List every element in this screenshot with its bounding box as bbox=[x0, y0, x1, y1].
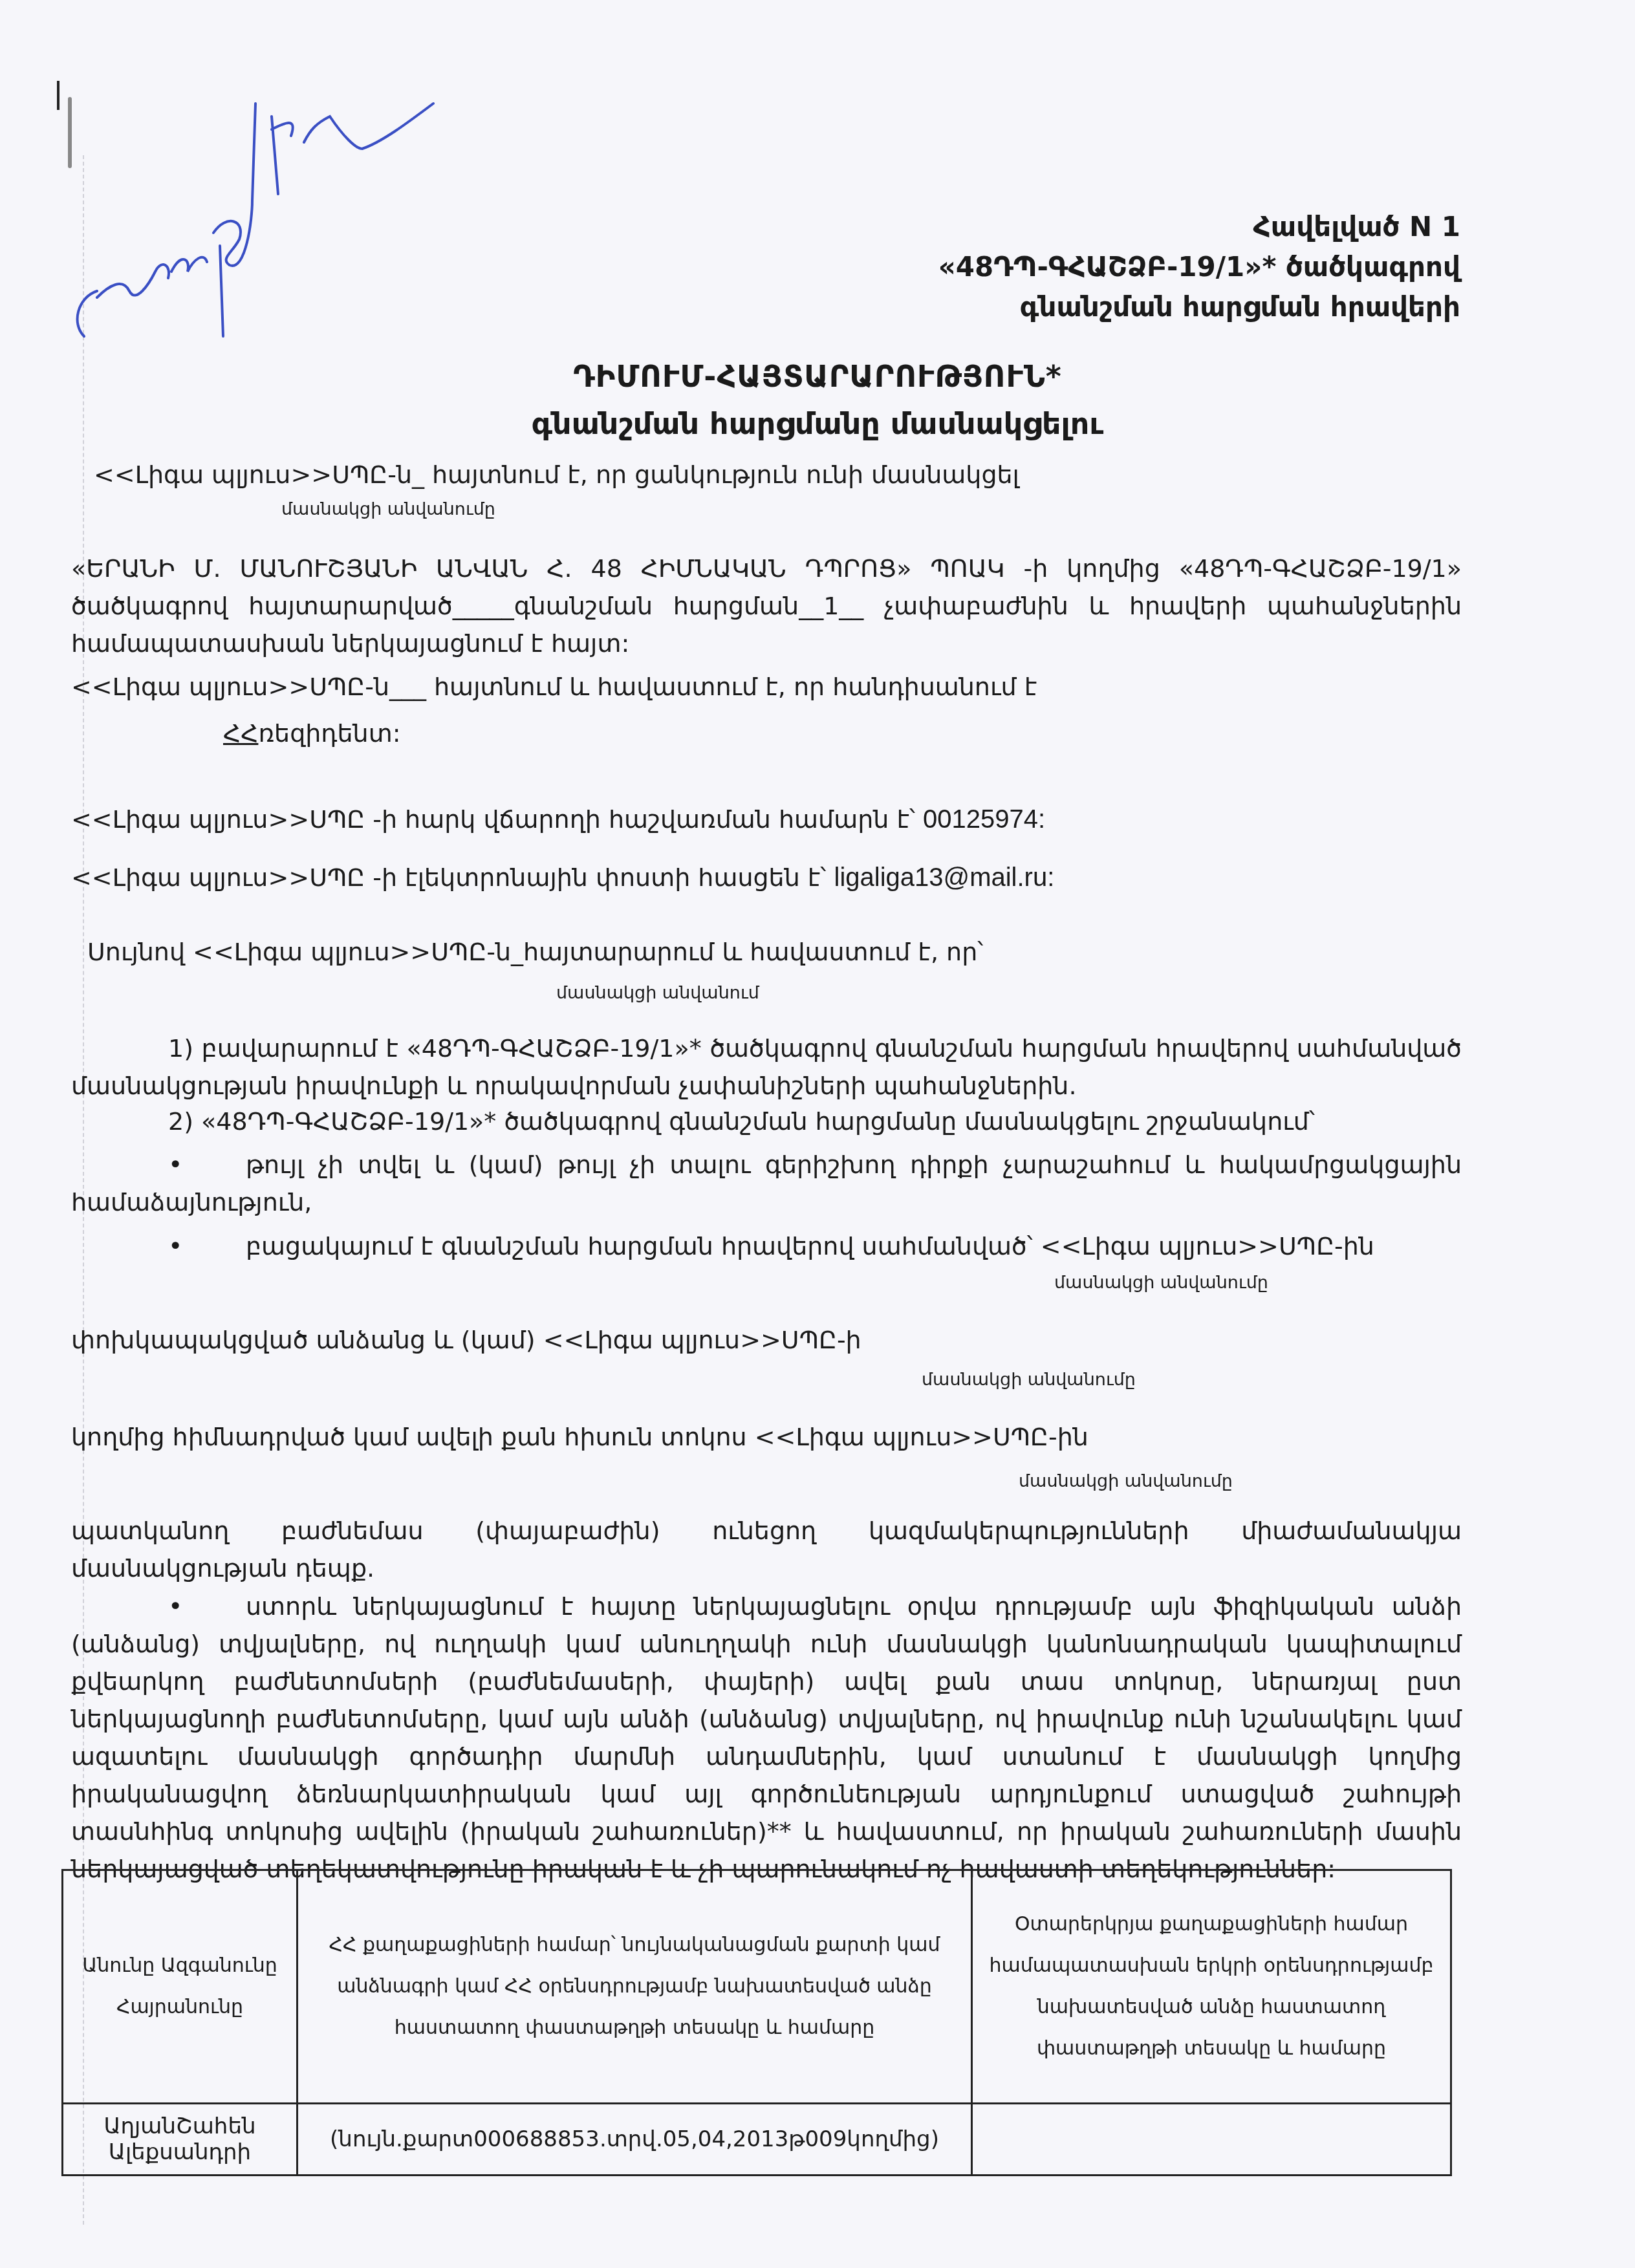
email-value: ligaliga13@mail.ru: bbox=[834, 863, 1055, 892]
table-header-row: Անունը Ազգանունը Հայրանունը ՀՀ քաղաքացին… bbox=[63, 1870, 1451, 2104]
resident-line: ՀՀռեզիդենտ: bbox=[223, 719, 401, 748]
tin-value: 00125974: bbox=[923, 805, 1045, 834]
declaration-line: Սույնով <<Լիգա պլյուս>>ՍՊԸ-ն_հայտարարում… bbox=[87, 938, 983, 966]
bullet-1: •թույլ չի տվել և (կամ) թույլ չի տալու գե… bbox=[71, 1146, 1462, 1221]
document-subtitle: գնանշման հարցմանը մասնակցելու bbox=[0, 406, 1635, 441]
cell-am-citizen-doc: (նույն.քարտ000688853.տրվ.05,04,2013թ009կ… bbox=[298, 2104, 972, 2176]
participant-name-caption: մասնակցի անվանումը bbox=[281, 499, 495, 519]
bullet-icon: • bbox=[71, 1146, 246, 1183]
header-full-name: Անունը Ազգանունը Հայրանունը bbox=[63, 1870, 298, 2104]
appendix-header: Հավելված N 1 «48ԴՊ-ԳՀԱՇՁԲ-19/1»* ծածկագր… bbox=[938, 207, 1460, 327]
item-2: 2) «48ԴՊ-ԳՀԱՇՁԲ-19/1»* ծածկագրով գնանշմա… bbox=[168, 1107, 1315, 1136]
bullet-2: •բացակայում է գնանշման հարցման հրավերով … bbox=[71, 1232, 1374, 1260]
bullet-3: •ստորև ներկայացնում է հայտը ներկայացնելո… bbox=[71, 1588, 1462, 1888]
participant-name-caption: մասնակցի անվանումը bbox=[1054, 1273, 1268, 1293]
appendix-number: Հավելված N 1 bbox=[938, 207, 1460, 247]
participant-name-caption: մասնակցի անվանումը bbox=[922, 1370, 1136, 1390]
bullet-2-cont-3: պատկանող բաժնեմաս (փայաբաժին) ունեցող կա… bbox=[71, 1512, 1462, 1587]
bullet-1-text: թույլ չի տվել և (կամ) թույլ չի տալու գեր… bbox=[71, 1150, 1462, 1216]
confirm-line: <<Լիգա պլյուս>>ՍՊԸ-ն___ հայտնում և հավաս… bbox=[71, 673, 1037, 701]
header-foreign-citizen-doc: Օտարերկրյա քաղաքացիների համար համապատասխ… bbox=[972, 1870, 1451, 2104]
bullet-3-text: ստորև ներկայացնում է հայտը ներկայացնելու… bbox=[71, 1592, 1462, 1883]
email-label: <<Լիգա պլյուս>>ՍՊԸ -ի էլեկտրոնային փոստի… bbox=[71, 863, 826, 892]
appendix-code: «48ԴՊ-ԳՀԱՇՁԲ-19/1»* ծածկագրով bbox=[938, 247, 1460, 287]
resident-country: ՀՀ bbox=[223, 719, 258, 748]
tin-label: <<Լիգա պլյուս>>ՍՊԸ -ի հարկ վճարողի հաշվա… bbox=[71, 805, 915, 834]
appendix-subtitle: գնանշման հարցման հրավերի bbox=[938, 287, 1460, 327]
bullet-icon: • bbox=[71, 1588, 246, 1625]
bullet-icon: • bbox=[71, 1232, 246, 1260]
bullet-2-cont-1: փոխկապակցված անձանց և (կամ) <<Լիգա պլյու… bbox=[71, 1326, 861, 1354]
bullet-2-cont-2: կողմից հիմնադրված կամ ավելի քան հիսուն տ… bbox=[71, 1423, 1088, 1451]
tin-line: <<Լիգա պլյուս>>ՍՊԸ -ի հարկ վճարողի հաշվա… bbox=[71, 805, 1045, 834]
paragraph-application: «ԵՐԱՆԻ Մ. ՄԱՆՈՒՇՅԱՆԻ ԱՆՎԱՆ Հ. 48 ՀԻՄՆԱԿԱ… bbox=[71, 550, 1462, 662]
handwritten-annotation bbox=[58, 78, 498, 375]
participant-name-caption: մասնակցի անվանում bbox=[556, 983, 759, 1003]
item-1: 1) բավարարում է «48ԴՊ-ԳՀԱՇՁԲ-19/1»* ծածկ… bbox=[71, 1030, 1462, 1105]
email-line: <<Լիգա պլյուս>>ՍՊԸ -ի էլեկտրոնային փոստի… bbox=[71, 863, 1054, 892]
bullet-2-text: բացակայում է գնանշման հարցման հրավերով ս… bbox=[246, 1232, 1374, 1260]
intro-line: <<Լիգա պլյուս>>ՍՊԸ-ն_ հայտնում է, որ ցան… bbox=[94, 460, 1019, 489]
participant-name-caption: մասնակցի անվանումը bbox=[1019, 1471, 1233, 1491]
beneficial-owners-table: Անունը Ազգանունը Հայրանունը ՀՀ քաղաքացին… bbox=[61, 1869, 1452, 2176]
cell-foreign-citizen-doc bbox=[972, 2104, 1451, 2176]
table-row: ԱղյանՇահեն Ալեքսանդրի (նույն.քարտ0006888… bbox=[63, 2104, 1451, 2176]
resident-label: ռեզիդենտ: bbox=[258, 719, 400, 748]
header-am-citizen-doc: ՀՀ քաղաքացիների համար՝ նույնականացման քա… bbox=[298, 1870, 972, 2104]
document-page: Հավելված N 1 «48ԴՊ-ԳՀԱՇՁԲ-19/1»* ծածկագր… bbox=[0, 0, 1635, 2268]
document-title: ԴԻՄՈՒՄ-ՀԱՅՏԱՐԱՐՈՒԹՅՈՒՆ* bbox=[0, 359, 1635, 394]
cell-full-name: ԱղյանՇահեն Ալեքսանդրի bbox=[63, 2104, 298, 2176]
